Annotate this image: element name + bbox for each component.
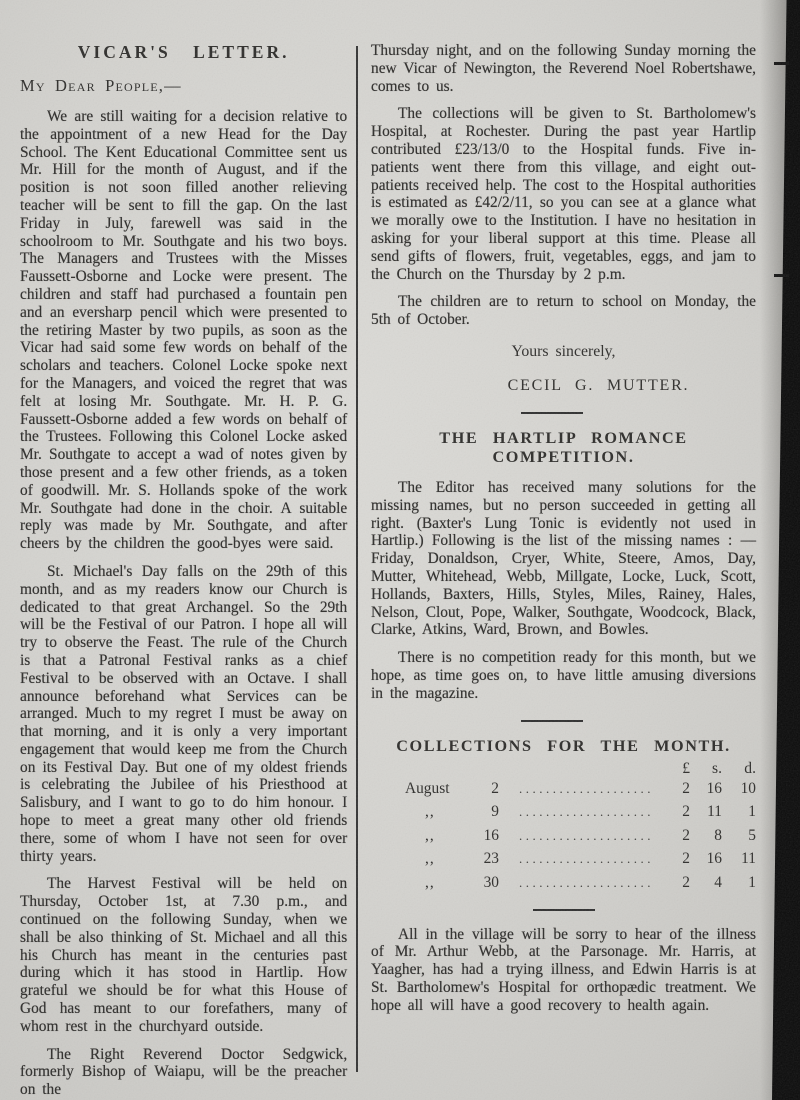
amount-pounds: 2 (664, 827, 690, 845)
signature: CECIL G. MUTTER. (441, 377, 756, 395)
amount-pounds: 2 (664, 803, 690, 821)
date-month: ,, (371, 803, 469, 821)
section-divider-rule (521, 720, 583, 722)
shillings-label: s. (690, 760, 722, 778)
amount-pence: 10 (722, 780, 756, 798)
right-column: Thursday night, and on the following Sun… (358, 42, 780, 1100)
date-day: 9 (469, 803, 499, 821)
date-day: 16 (469, 827, 499, 845)
paragraph: The collections will be given to St. Bar… (371, 105, 756, 283)
magazine-page-scan: VICAR'S LETTER. My Dear People,— We are … (0, 0, 800, 1100)
dot-leader: .................... (499, 780, 664, 798)
collections-row: ,, 16 .................... 2 8 5 (371, 827, 756, 845)
article-title: VICAR'S LETTER. (20, 42, 347, 63)
date-month: ,, (371, 850, 469, 868)
dot-leader: .................... (499, 850, 664, 868)
date-day: 23 (469, 850, 499, 868)
signoff: Yours sincerely, (371, 343, 756, 361)
left-column: VICAR'S LETTER. My Dear People,— We are … (20, 42, 347, 1100)
collections-row: August 2 .................... 2 16 10 (371, 780, 756, 798)
collections-row: ,, 30 .................... 2 4 1 (371, 874, 756, 892)
date-month: August (371, 780, 469, 798)
paragraph: The Harvest Festival will be held on Thu… (20, 875, 347, 1035)
collections-title: COLLECTIONS FOR THE MONTH. (371, 737, 756, 756)
spacer (371, 760, 664, 778)
edge-tick-mark (774, 274, 789, 277)
salutation: My Dear People,— (20, 76, 347, 96)
date-month: ,, (371, 827, 469, 845)
dot-leader: .................... (499, 827, 664, 845)
dot-leader: .................... (499, 803, 664, 821)
pounds-symbol: £ (664, 760, 690, 778)
collections-row: ,, 23 .................... 2 16 11 (371, 850, 756, 868)
amount-pounds: 2 (664, 850, 690, 868)
dot-leader: .................... (499, 874, 664, 892)
section-divider-rule (533, 909, 595, 911)
pence-label: d. (722, 760, 756, 778)
paragraph: The Editor has received many solutions f… (371, 479, 756, 639)
date-month: ,, (371, 874, 469, 892)
paragraph: The children are to return to school on … (371, 293, 756, 329)
currency-header: £ s. d. (371, 760, 756, 778)
amount-pounds: 2 (664, 874, 690, 892)
amount-pence: 5 (722, 827, 756, 845)
paragraph: The Right Reverend Doctor Sedgwick, form… (20, 1046, 347, 1099)
date-day: 30 (469, 874, 499, 892)
amount-shillings: 11 (690, 803, 722, 821)
amount-shillings: 4 (690, 874, 722, 892)
date-day: 2 (469, 780, 499, 798)
amount-shillings: 16 (690, 780, 722, 798)
paragraph: There is no competition ready for this m… (371, 649, 756, 702)
paragraph: We are still waiting for a decision rela… (20, 108, 347, 553)
collections-row: ,, 9 .................... 2 11 1 (371, 803, 756, 821)
two-column-layout: VICAR'S LETTER. My Dear People,— We are … (20, 42, 780, 1100)
paragraph: St. Michael's Day falls on the 29th of t… (20, 563, 347, 866)
amount-shillings: 8 (690, 827, 722, 845)
section-divider-rule (521, 412, 583, 414)
edge-tick-mark (774, 62, 789, 65)
competition-title: THE HARTLIP ROMANCE COMPETITION. (371, 429, 756, 467)
paragraph: Thursday night, and on the following Sun… (371, 42, 756, 95)
amount-pence: 1 (722, 874, 756, 892)
amount-shillings: 16 (690, 850, 722, 868)
amount-pence: 11 (722, 850, 756, 868)
amount-pence: 1 (722, 803, 756, 821)
paragraph: All in the village will be sorry to hear… (371, 926, 756, 1015)
amount-pounds: 2 (664, 780, 690, 798)
